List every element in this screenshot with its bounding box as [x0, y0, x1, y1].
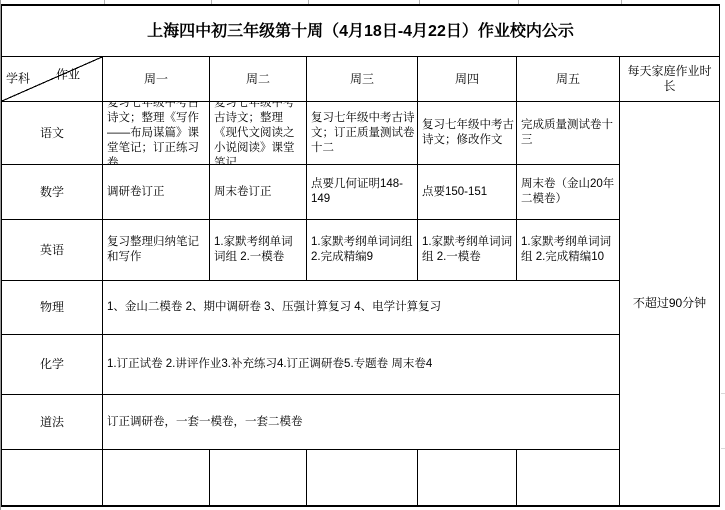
schedule-table: 上海四中初三年级第十周（4月18日-4月22日）作业校内公示 学科 作业 周一 … — [1, 4, 720, 507]
cell-empty-mon[interactable] — [103, 450, 210, 505]
cell-english-tue[interactable]: 1.家默考纲单词词组 2.一模卷 — [210, 220, 307, 281]
cell-math-mon[interactable]: 调研卷订正 — [103, 165, 210, 220]
gridline-stub — [721, 393, 725, 394]
cell-chinese-thu[interactable]: 复习七年级中考古诗文；修改作文 — [418, 102, 517, 165]
corner-header-cell[interactable]: 学科 作业 — [2, 57, 103, 102]
gridline-stub — [721, 448, 725, 449]
corner-label-subject: 学科 — [6, 72, 30, 87]
cell-empty-tue[interactable] — [210, 450, 307, 505]
header-daily-duration[interactable]: 每天家庭作业时长 — [620, 57, 719, 102]
cell-math-wed[interactable]: 点要几何证明148-149 — [307, 165, 418, 220]
cell-chinese-tue[interactable]: 复习七年级中考古诗文；整理《现代文阅读之小说阅读》课堂笔记 — [210, 102, 307, 165]
subject-math[interactable]: 数学 — [2, 165, 103, 220]
cell-chinese-wed[interactable]: 复习七年级中考古诗文；订正质量测试卷十二 — [307, 102, 418, 165]
subject-morality-law[interactable]: 道法 — [2, 395, 103, 450]
cell-chinese-mon[interactable]: 复习七年级中考古诗文；整理《写作——布局谋篇》课堂笔记；订正练习卷 — [103, 102, 210, 165]
cell-english-fri[interactable]: 1.家默考纲单词词组 2.完成精编10 — [517, 220, 620, 281]
header-wednesday[interactable]: 周三 — [307, 57, 418, 102]
cell-morality-law-week[interactable]: 订正调研卷，一套一模卷，一套二模卷 — [103, 395, 620, 450]
subject-chemistry[interactable]: 化学 — [2, 335, 103, 395]
cell-physics-week[interactable]: 1、金山二模卷 2、期中调研卷 3、压强计算复习 4、电学计算复习 — [103, 281, 620, 335]
homework-schedule-sheet: 上海四中初三年级第十周（4月18日-4月22日）作业校内公示 学科 作业 周一 … — [0, 0, 725, 510]
header-tuesday[interactable]: 周二 — [210, 57, 307, 102]
header-friday[interactable]: 周五 — [517, 57, 620, 102]
subject-empty[interactable] — [2, 450, 103, 505]
subject-chinese[interactable]: 语文 — [2, 102, 103, 165]
header-thursday[interactable]: 周四 — [418, 57, 517, 102]
corner-label-homework: 作业 — [56, 68, 80, 83]
subject-physics[interactable]: 物理 — [2, 281, 103, 335]
sheet-title: 上海四中初三年级第十周（4月18日-4月22日）作业校内公示 — [2, 6, 719, 57]
cell-chinese-fri[interactable]: 完成质量测试卷十三 — [517, 102, 620, 165]
cell-english-thu[interactable]: 1.家默考纲单词词组 2.一模卷 — [418, 220, 517, 281]
cell-empty-thu[interactable] — [418, 450, 517, 505]
cell-empty-fri[interactable] — [517, 450, 620, 505]
cell-empty-wed[interactable] — [307, 450, 418, 505]
cell-math-fri[interactable]: 周末卷（金山20年二模卷） — [517, 165, 620, 220]
daily-duration-value[interactable]: 不超过90分钟 — [620, 102, 719, 505]
cell-chemistry-week[interactable]: 1.订正试卷 2.讲评作业3.补充练习4.订正调研卷5.专题卷 周末卷4 — [103, 335, 620, 395]
subject-english[interactable]: 英语 — [2, 220, 103, 281]
cell-math-thu[interactable]: 点要150-151 — [418, 165, 517, 220]
cell-math-tue[interactable]: 周末卷订正 — [210, 165, 307, 220]
cell-english-mon[interactable]: 复习整理归纳笔记和写作 — [103, 220, 210, 281]
cell-english-wed[interactable]: 1.家默考纲单词词组 2.完成精编9 — [307, 220, 418, 281]
header-monday[interactable]: 周一 — [103, 57, 210, 102]
